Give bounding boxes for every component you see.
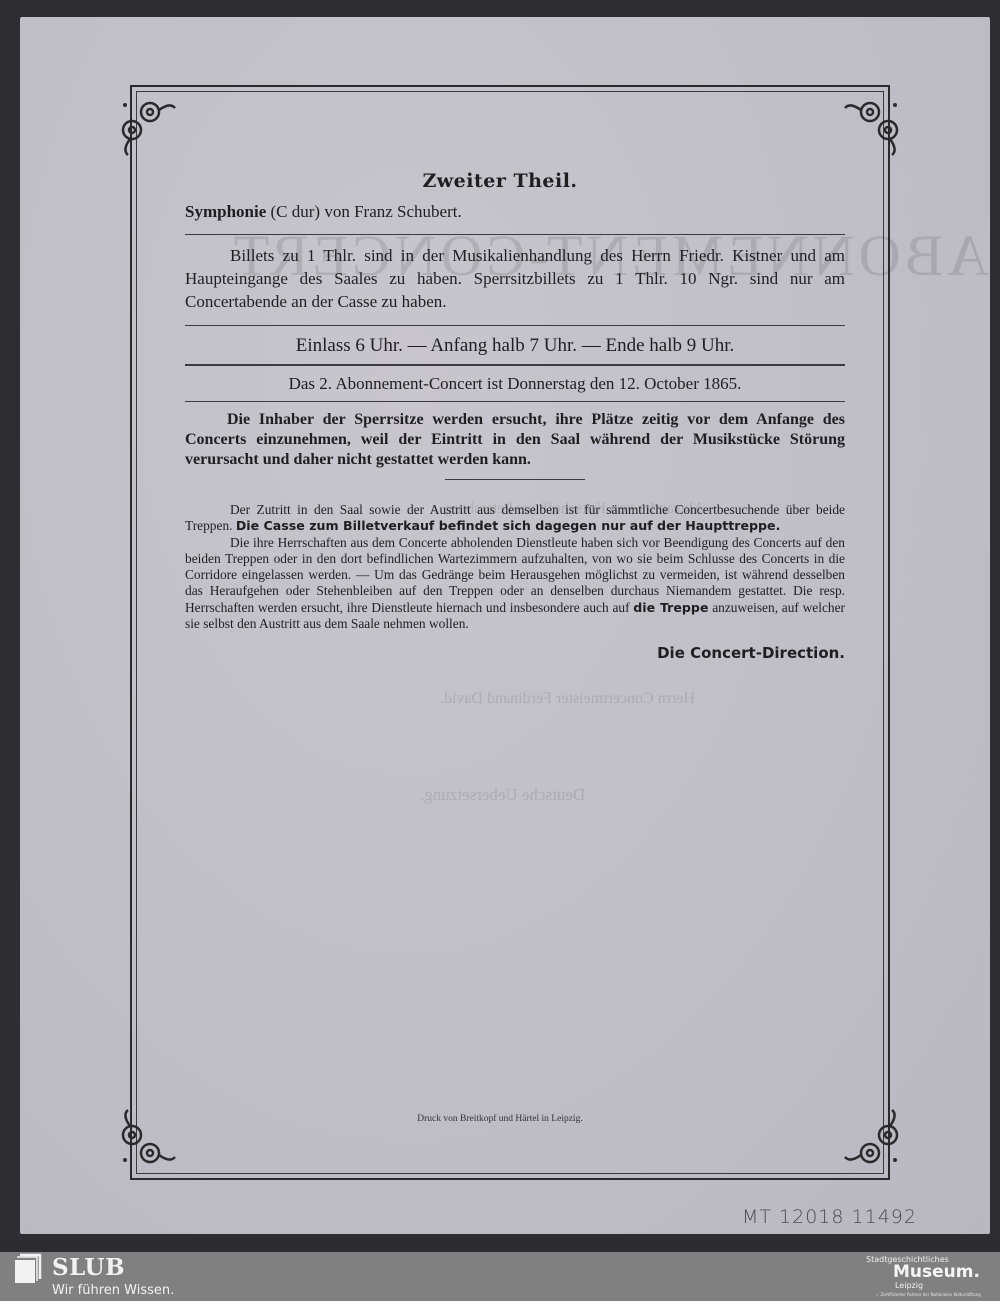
reserved-seats-notice: Die Inhaber der Sperrsitze werden ersuch…: [185, 410, 845, 470]
document-content: Zweiter Theil. Symphonie (C dur) von Fra…: [185, 170, 845, 662]
program-item-label: Symphonie: [185, 202, 266, 221]
servants-paragraph-emphasis: die Treppe: [633, 600, 708, 615]
partner-name[interactable]: Museum.: [893, 1262, 980, 1282]
access-paragraph: Der Zutritt in den Saal sowie der Austri…: [185, 502, 845, 535]
ornament-corner-bottom-left-icon: [120, 1095, 190, 1165]
program-item-detail: (C dur) von Franz Schubert.: [266, 202, 461, 221]
library-name[interactable]: SLUB: [52, 1254, 125, 1281]
program-item: Symphonie (C dur) von Franz Schubert.: [185, 202, 845, 222]
ornament-corner-top-left-icon: [120, 100, 190, 170]
short-divider: [445, 479, 585, 480]
printer-imprint: Druck von Breitkopf und Härtel in Leipzi…: [0, 1114, 1000, 1124]
section-title: Zweiter Theil.: [155, 170, 845, 192]
partner-certification: ✓ Zertifizierter Partner der Nationalen …: [876, 1292, 981, 1297]
partner-city: Leipzig: [895, 1281, 923, 1290]
ornament-corner-top-right-icon: [830, 100, 900, 170]
divider: [185, 401, 845, 403]
slub-book-logo-icon[interactable]: [13, 1253, 43, 1285]
divider: [185, 234, 845, 235]
servants-paragraph: Die ihre Herrschaften aus dem Concerte a…: [185, 535, 845, 633]
concert-times: Einlass 6 Uhr. — Anfang halb 7 Uhr. — En…: [185, 326, 845, 364]
tickets-info: Billets zu 1 Thlr. sind in der Musikalie…: [185, 244, 845, 313]
next-concert-notice: Das 2. Abonnement-Concert ist Donnerstag…: [185, 366, 845, 401]
handwritten-shelfmark: MT 12018 11492: [742, 1206, 917, 1228]
signature: Die Concert-Direction.: [185, 644, 845, 662]
ornament-corner-bottom-right-icon: [830, 1095, 900, 1165]
library-tagline: Wir führen Wissen.: [52, 1283, 174, 1298]
access-paragraph-emphasis: Die Casse zum Billetverkauf befindet sic…: [236, 518, 781, 533]
